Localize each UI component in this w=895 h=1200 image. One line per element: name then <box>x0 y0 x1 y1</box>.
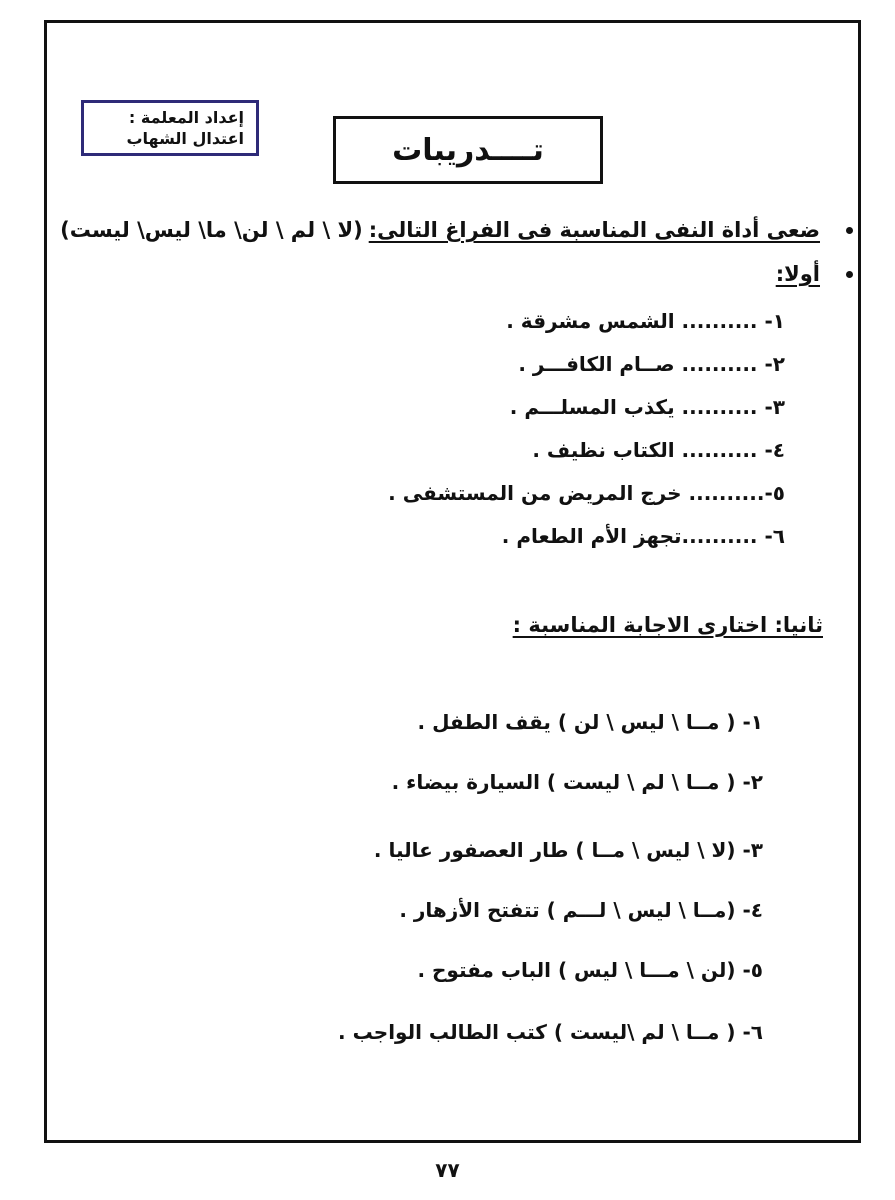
section2-item-1: ١- ( مــا \ ليس \ لن ) يقف الطفل . <box>418 710 763 734</box>
section2-item-6: ٦- ( مــا \ لم \ليست ) كتب الطالب الواجب… <box>338 1020 763 1044</box>
teacher-credit-label: إعداد المعلمة : <box>92 107 244 128</box>
page-title-box: تــــدريبات <box>333 116 603 184</box>
section1-item-2: ٢- .......... صــام الكافـــر . <box>518 352 785 376</box>
instruction-options: (لا \ لم \ لن\ ما\ ليس\ ليست) <box>60 218 363 242</box>
section2-item-4: ٤- (مــا \ ليس \ لـــم ) تتفتح الأزهار . <box>399 898 763 922</box>
page-number: ٧٧ <box>0 1158 895 1182</box>
section1-item-6: ٦- ..........تجهز الأم الطعام . <box>502 524 785 548</box>
bullet-icon <box>846 227 853 234</box>
bullet-icon <box>846 271 853 278</box>
teacher-credit-box: إعداد المعلمة : اعتدال الشهاب <box>81 100 259 156</box>
section2-item-3: ٣- (لا \ ليس \ مــا ) طار العصفور عاليا … <box>374 838 763 862</box>
section1-item-5: ٥-.......... خرج المريض من المستشفى . <box>388 481 785 505</box>
section2-item-5: ٥- (لن \ مـــا \ ليس ) الباب مفتوح . <box>417 958 763 982</box>
page-title: تــــدريبات <box>392 133 544 168</box>
section1-heading-row: أولا: <box>776 262 853 286</box>
section1-item-3: ٣- .......... يكذب المسلـــم . <box>510 395 785 419</box>
section1-item-1: ١- .......... الشمس مشرقة . <box>506 309 785 333</box>
instruction-row: ضعى أداة النفى المناسبة فى الفراغ التالى… <box>60 218 853 242</box>
section2-heading: ثانيا: اختارى الاجابة المناسبة : <box>513 613 823 637</box>
section1-heading: أولا: <box>776 262 820 286</box>
section1-item-4: ٤- .......... الكتاب نظيف . <box>532 438 785 462</box>
instruction-label: ضعى أداة النفى المناسبة فى الفراغ التالى… <box>369 218 820 242</box>
teacher-name: اعتدال الشهاب <box>92 128 244 149</box>
section2-item-2: ٢- ( مــا \ لم \ ليست ) السيارة بيضاء . <box>392 770 763 794</box>
